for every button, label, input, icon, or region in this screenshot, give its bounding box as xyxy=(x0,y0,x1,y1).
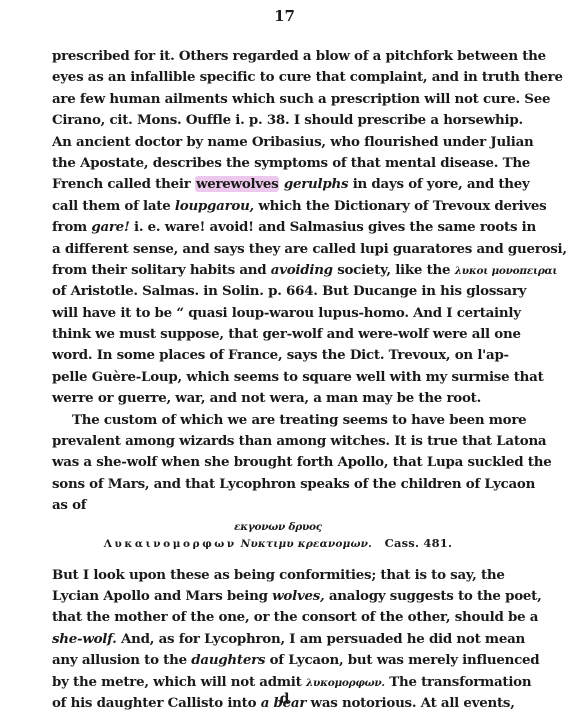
text-line: by the metre, which will not admit λυκομ… xyxy=(52,672,504,693)
greek-word: λυκομορφων. xyxy=(306,677,385,689)
text-span: any allusion to the xyxy=(52,652,191,668)
document-page: 17 prescribed for it. Others regarded a … xyxy=(0,0,569,715)
text-line: pelle Guère-Loup, which seems to square … xyxy=(52,367,504,388)
text-line: as of xyxy=(52,495,504,516)
citation: Cass. 481. xyxy=(372,536,452,550)
greek-quotation-line-1: εκγονων δρυος xyxy=(52,519,504,535)
text-span: And, as for Lycophron, I am persuaded he… xyxy=(117,631,525,647)
text-line: word. In some places of France, says the… xyxy=(52,345,504,366)
text-line: from their solitary habits and avoiding … xyxy=(52,260,504,281)
text-line: was a she-wolf when she brought forth Ap… xyxy=(52,452,504,473)
text-span: in days of yore, and they xyxy=(348,176,529,192)
text-span: i. e. ware! avoid! and Salmasius gives t… xyxy=(130,219,536,235)
text-span: analogy suggests to the poet, xyxy=(324,588,541,604)
text-line: a different sense, and says they are cal… xyxy=(52,239,504,260)
text-line: The custom of which we are treating seem… xyxy=(52,410,504,431)
text-line: of Aristotle. Salmas. in Solin. p. 664. … xyxy=(52,281,504,302)
italic-term: wolves, xyxy=(272,588,324,604)
text-line: sons of Mars, and that Lycophron speaks … xyxy=(52,474,504,495)
page-number: 17 xyxy=(0,7,569,25)
text-span: by the metre, which will not admit xyxy=(52,674,306,690)
text-line: the Apostate, describes the symptoms of … xyxy=(52,153,504,174)
greek-word: Λυκαινομορφων xyxy=(104,538,237,550)
text-line: call them of late loupgarou, which the D… xyxy=(52,196,504,217)
italic-term: avoiding xyxy=(271,262,333,278)
text-line: any allusion to the daughters of Lycaon,… xyxy=(52,650,504,671)
text-span: which the Dictionary of Trevoux derives xyxy=(254,198,547,214)
text-line: werre or guerre, war, and not wera, a ma… xyxy=(52,388,504,409)
italic-term: gare! xyxy=(91,219,129,235)
italic-term: daughters xyxy=(191,652,265,668)
signature-mark: d xyxy=(0,691,569,707)
highlighted-term[interactable]: werewolves xyxy=(195,176,280,192)
body-text: prescribed for it. Others regarded a blo… xyxy=(52,46,504,714)
text-span: from xyxy=(52,219,91,235)
spacer xyxy=(52,551,504,565)
text-line: prescribed for it. Others regarded a blo… xyxy=(52,46,504,67)
text-line: that the mother of the one, or the conso… xyxy=(52,607,504,628)
text-line: Lycian Apollo and Mars being wolves, ana… xyxy=(52,586,504,607)
text-span: Lycian Apollo and Mars being xyxy=(52,588,272,604)
text-line: are few human ailments which such a pres… xyxy=(52,89,504,110)
text-span: call them of late xyxy=(52,198,175,214)
text-line: But I look upon these as being conformit… xyxy=(52,565,504,586)
text-line: An ancient doctor by name Oribasius, who… xyxy=(52,132,504,153)
italic-term: she-wolf. xyxy=(52,631,117,647)
text-line: think we must suppose, that ger-wolf and… xyxy=(52,324,504,345)
text-span: of Lycaon, but was merely influenced xyxy=(265,652,539,668)
italic-term: gerulphs xyxy=(284,176,348,192)
greek-phrase: Νυκτιμυ κρεανομων. xyxy=(237,538,372,550)
text-span: society, like the xyxy=(333,262,455,278)
text-line: Cirano, cit. Mons. Ouffle i. p. 38. I sh… xyxy=(52,110,504,131)
text-line: prevalent among wizards than among witch… xyxy=(52,431,504,452)
text-span: from their solitary habits and xyxy=(52,262,271,278)
italic-term: loupgarou, xyxy=(175,198,254,214)
text-line: French called their werewolves gerulphs … xyxy=(52,174,504,195)
greek-quotation-line-2: Λυκαινομορφων Νυκτιμυ κρεανομων. Cass. 4… xyxy=(52,535,504,551)
text-line: eyes as an infallible specific to cure t… xyxy=(52,67,504,88)
text-span: French called their xyxy=(52,176,195,192)
text-line: will have it to be “ quasi loup-warou lu… xyxy=(52,303,504,324)
greek-phrase: λυκοι μονοπειραι xyxy=(455,265,558,277)
text-span: The transformation xyxy=(385,674,532,690)
text-line: she-wolf. And, as for Lycophron, I am pe… xyxy=(52,629,504,650)
text-line: from gare! i. e. ware! avoid! and Salmas… xyxy=(52,217,504,238)
